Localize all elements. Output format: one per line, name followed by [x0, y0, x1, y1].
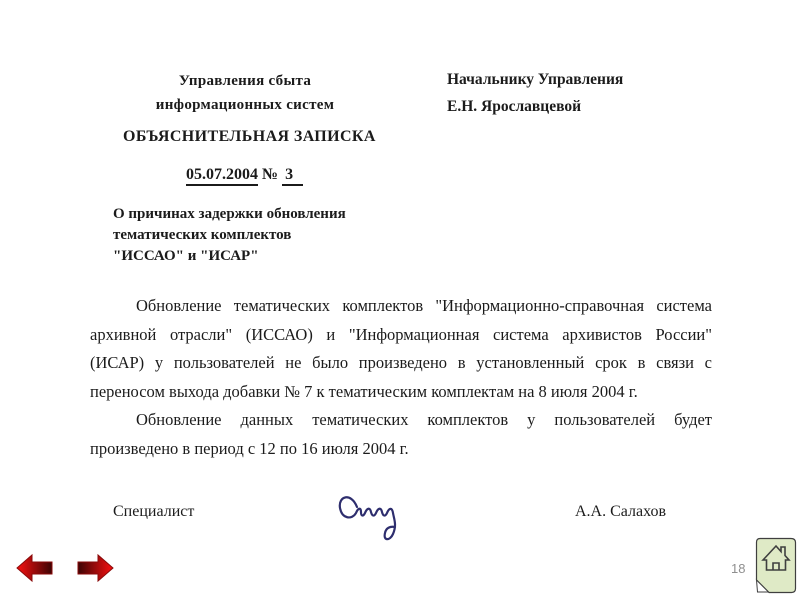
body-line: произведено в период с 12 по 16 июля 200… [90, 435, 712, 464]
handwritten-signature [333, 487, 437, 549]
document-number: 3 [282, 166, 303, 186]
number-sign: № [262, 166, 278, 183]
addressee-block: Начальнику Управления Е.Н. Ярославцевой [447, 66, 677, 120]
subject-line-3: "ИССАО" и "ИСАР" [113, 246, 413, 267]
org-block: Управления сбыта информационных систем [130, 69, 360, 117]
body-line: переносом выхода добавки № 7 к тематичес… [90, 378, 712, 407]
signature-name: А.А. Салахов [575, 503, 666, 521]
subject-line-2: тематических комплектов [113, 225, 413, 246]
document-title: ОБЪЯСНИТЕЛЬНАЯ ЗАПИСКА [123, 128, 376, 146]
body-line: Обновление данных тематических комплекто… [90, 406, 712, 435]
subject-block: О причинах задержки обновления тематичес… [113, 204, 413, 267]
org-line-1: Управления сбыта [130, 69, 360, 93]
home-icon [755, 537, 797, 594]
document-date: 05.07.2004 [186, 166, 258, 186]
previous-slide-button[interactable] [16, 553, 53, 583]
arrow-right-icon [77, 553, 114, 583]
scanned-document: Управления сбыта информационных систем Н… [0, 0, 800, 600]
signature-role: Специалист [113, 503, 194, 521]
subject-line-1: О причинах задержки обновления [113, 204, 413, 225]
next-slide-button[interactable] [77, 553, 114, 583]
body-line: архивной отрасли" (ИССАО) и "Информацион… [90, 321, 712, 350]
home-button[interactable] [755, 537, 797, 594]
date-line: 05.07.2004 № 3 [186, 166, 303, 184]
addressee-line-1: Начальнику Управления [447, 66, 677, 93]
slide: Управления сбыта информационных систем Н… [0, 0, 800, 600]
body-line: (ИСАР) у пользователей не было произведе… [90, 349, 712, 378]
arrow-left-icon [16, 553, 53, 583]
org-line-2: информационных систем [130, 93, 360, 117]
document-body: Обновление тематических комплектов "Инфо… [90, 292, 712, 463]
page-number: 18 [731, 561, 745, 576]
body-line: Обновление тематических комплектов "Инфо… [90, 292, 712, 321]
addressee-line-2: Е.Н. Ярославцевой [447, 93, 677, 120]
